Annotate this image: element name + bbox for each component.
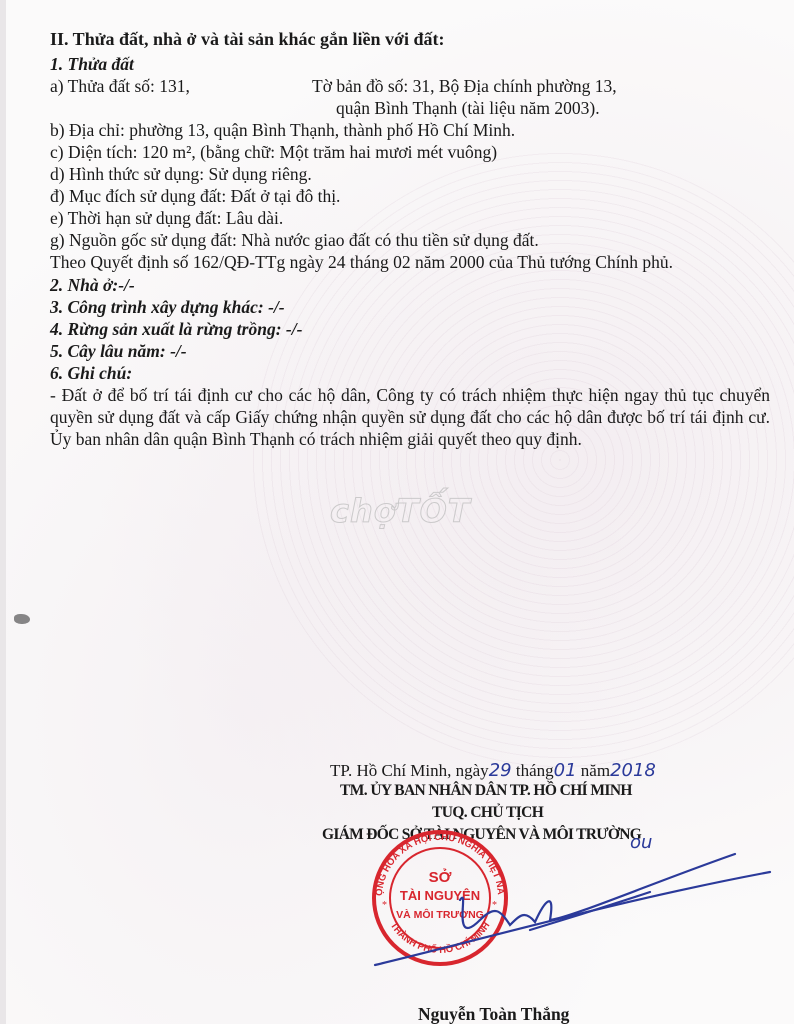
usage-purpose: đ) Mục đích sử dụng đất: Đất ở tại đô th… (50, 185, 340, 207)
date-year-label: năm (581, 761, 610, 780)
margin-mark (14, 614, 30, 624)
official-stamp: CỘNG HÒA XÃ HỘI CHỦ NGHĨA VIỆT NAM THÀNH… (360, 830, 506, 964)
map-sheet: Tờ bản đồ số: 31, Bộ Địa chính phường 13… (312, 75, 617, 97)
date-line: TP. Hồ Chí Minh, ngày29 tháng01 năm2018 (330, 760, 656, 781)
section-title: II. Thửa đất, nhà ở và tài sản khác gắn … (50, 28, 445, 50)
signatory-name: Nguyễn Toàn Thắng (418, 1004, 569, 1024)
stamp-center-mid: TÀI NGUYÊN (400, 888, 480, 903)
usage-term: e) Thời hạn sử dụng đất: Lâu dài. (50, 207, 283, 229)
map-sheet-cont: quận Bình Thạnh (tài liệu năm 2003). (336, 97, 600, 119)
date-month: 01 (554, 760, 577, 781)
delegation-line: TUQ. CHỦ TỊCH (432, 804, 543, 822)
usage-form: d) Hình thức sử dụng: Sử dụng riêng. (50, 163, 312, 185)
watermark-logo: chợTỐT (330, 492, 471, 530)
note-text: - Đất ở để bố trí tái định cư cho các hộ… (50, 384, 770, 450)
stamp-and-signature: CỘNG HÒA XÃ HỘI CHỦ NGHĨA VIỆT NAM THÀNH… (360, 830, 780, 1000)
land-origin: g) Nguồn gốc sử dụng đất: Nhà nước giao … (50, 229, 539, 251)
subsection-title: 1. Thửa đất (50, 53, 134, 75)
svg-text:*: * (492, 900, 497, 911)
item-house: 2. Nhà ở:-/- (50, 274, 135, 296)
svg-text:*: * (382, 900, 387, 911)
area: c) Diện tích: 120 m², (bằng chữ: Một tră… (50, 141, 497, 163)
date-day: 29 (489, 760, 512, 781)
item-forest: 4. Rừng sản xuất là rừng trồng: -/- (50, 318, 302, 340)
date-year: 2018 (610, 760, 656, 781)
parcel-number: a) Thửa đất số: 131, (50, 75, 190, 97)
item-perennial: 5. Cây lâu năm: -/- (50, 340, 187, 362)
stamp-center-bottom: VÀ MÔI TRƯỜNG (396, 908, 484, 921)
address: b) Địa chỉ: phường 13, quận Bình Thạnh, … (50, 119, 515, 141)
item-other-construction: 3. Công trình xây dựng khác: -/- (50, 296, 285, 318)
item-notes: 6. Ghi chú: (50, 362, 132, 384)
authority-line: TM. ỦY BAN NHÂN DÂN TP. HỒ CHÍ MINH (340, 782, 632, 800)
date-place: TP. Hồ Chí Minh, ngày (330, 761, 489, 780)
decision-reference: Theo Quyết định số 162/QĐ-TTg ngày 24 th… (50, 251, 673, 273)
date-month-label: tháng (516, 761, 554, 780)
svg-text:ou: ou (630, 832, 652, 853)
stamp-center-top: SỞ (429, 868, 452, 886)
